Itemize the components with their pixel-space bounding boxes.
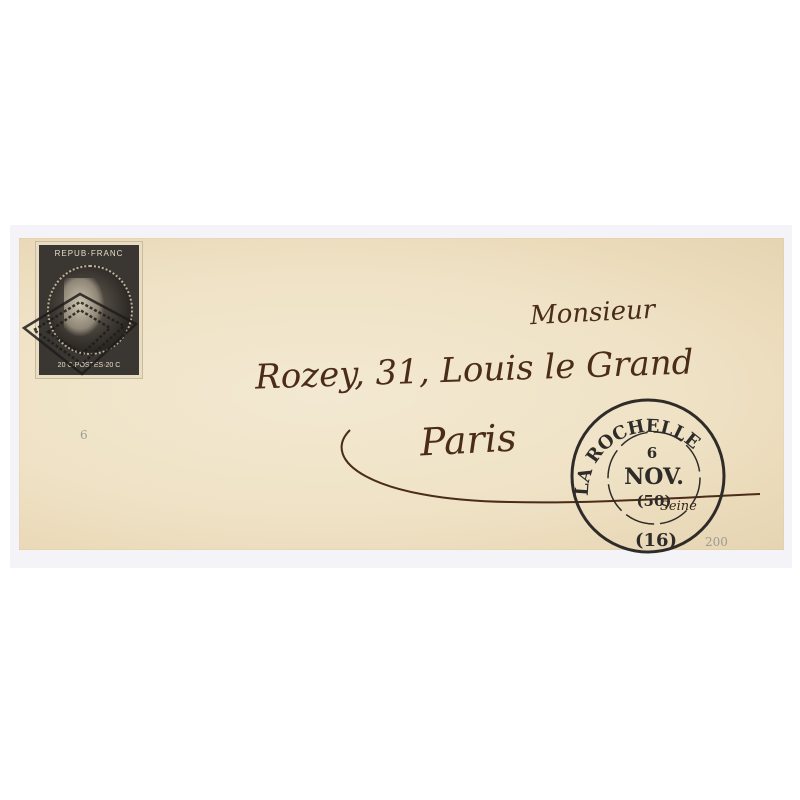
svg-text:(16): (16) bbox=[635, 530, 677, 551]
postmark: LA ROCHELLE 6 NOV. (50) (16) bbox=[566, 396, 730, 558]
svg-text:NOV.: NOV. bbox=[624, 464, 684, 490]
stamp-top-inscription: REPUB·FRANC bbox=[43, 248, 135, 260]
svg-text:(50): (50) bbox=[636, 492, 671, 510]
pencil-note-price: 200 bbox=[705, 535, 728, 549]
pencil-note-left: 6 bbox=[80, 428, 88, 442]
svg-text:6: 6 bbox=[647, 444, 657, 462]
grille-cancel-icon bbox=[20, 288, 140, 378]
